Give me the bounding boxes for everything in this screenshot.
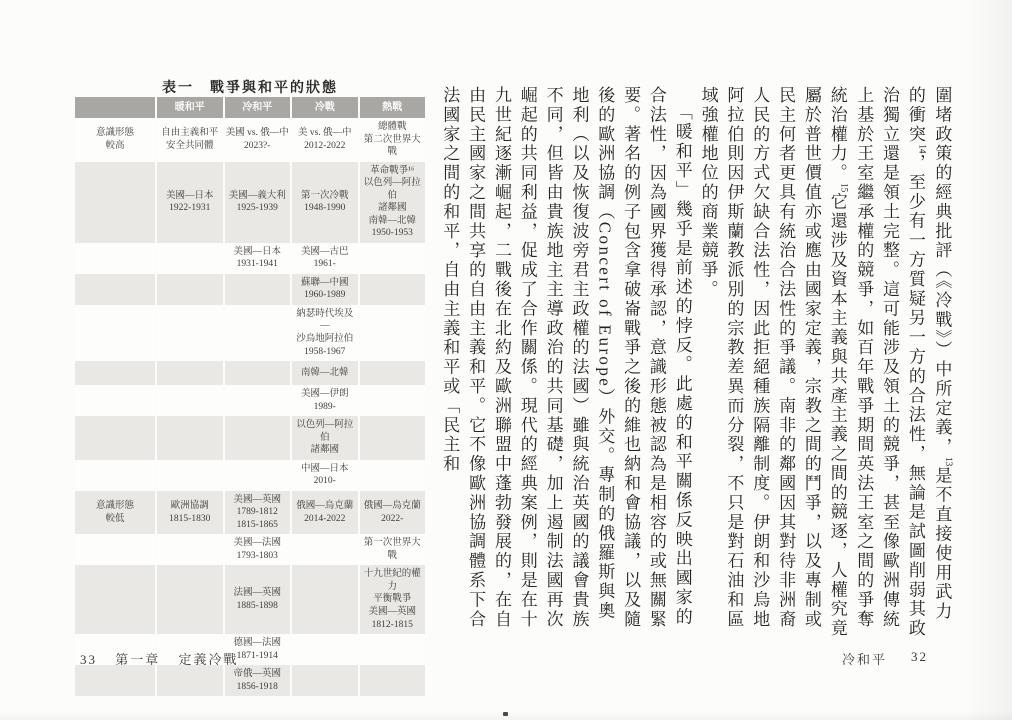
table-cell [155,243,223,274]
table-row: 中國—日本2010- [75,460,425,491]
table-cell: 第一次冷戰1948-1990 [290,162,358,243]
left-page-number: 33 [80,652,97,667]
chapter-label: 第一章 [115,652,160,667]
running-title: 冷和平 [842,649,887,668]
paragraph-containment: 圍堵政策的經典批評（《冷戰》）中所定義，13是不直接使用武力的衝突14，至少有一… [695,86,955,639]
table-cell [358,634,426,665]
endnote-ref-14: 14 [917,144,927,153]
war-peace-table: 暖和平冷和平冷戰熱戰意識形態較高自由主義和平安全共同體美國 vs. 俄—中202… [75,97,425,696]
table-cell: 歐洲協調1815-1830 [155,491,223,535]
table-cell [358,361,426,385]
row-label [75,416,155,460]
table-row: 南韓—北韓 [75,361,425,385]
table-cell: 俄國—烏克蘭2022- [358,491,426,535]
table-cell [223,416,291,460]
right-footer: 冷和平 32 [842,649,928,668]
table-cell [358,243,426,274]
table-title: 表一 戰爭與和平的狀態 [75,77,425,97]
table-row: 以色列—阿拉伯諸鄰國 [75,416,425,460]
table-row: 法國—英國1885-1898十九世紀的權力平衡戰爭美國—英國1812-1815 [75,565,425,634]
page-gutter-mark [503,712,508,716]
table-row: 美國—法國1793-1803第一次世界大戰 [75,534,425,565]
row-label [75,274,155,305]
row-label [75,385,155,416]
table-cell [358,274,426,305]
table-cell: 自由主義和平安全共同體 [155,118,223,162]
table-cell: 美國—法國1793-1803 [223,534,291,565]
table-cell [223,460,291,491]
table-cell [155,534,223,565]
table-cell: 革命戰爭¹⁶以色列—阿拉伯諸鄰國南韓—北韓1950-1953 [358,162,426,243]
table-row: 蘇聯—中國1960-1989 [75,274,425,305]
table-cell [290,534,358,565]
table-cell: 第一次世界大戰 [358,534,426,565]
table-cell [223,274,291,305]
row-label [75,665,155,696]
table-cell [155,305,223,361]
table-cell [155,274,223,305]
row-label [75,565,155,634]
table-cell: 總體戰第二次世界大戰 [358,118,426,162]
table-row: 美國—伊朗1989- [75,385,425,416]
table-cell [358,305,426,361]
book-spread: 表一 戰爭與和平的狀態 暖和平冷和平冷戰熱戰意識形態較高自由主義和平安全共同體美… [0,0,1012,720]
table-cell: 俄國—烏克蘭2014-2022 [290,491,358,535]
row-label [75,305,155,361]
column-header: 冷戰 [290,97,358,118]
table-row: 美國—日本1922-1931美國—義大利1925-1939第一次冷戰1948-1… [75,162,425,243]
table-cell: 中國—日本2010- [290,460,358,491]
table-cell [290,565,358,634]
table-cell: 蘇聯—中國1960-1989 [290,274,358,305]
text-run: 它還涉及資本主義與共產主義之間的競逐，人權究竟屬於普世價值亦或應由國家定義，宗教… [699,86,847,639]
table-cell: 南韓—北韓 [290,361,358,385]
table-cell [155,416,223,460]
endnote-ref-13: 13 [943,457,953,466]
table-cell [358,416,426,460]
table-cell: 美國—英國1789-18121815-1865 [223,491,291,535]
table-cell [358,665,426,696]
table-cell: 以色列—阿拉伯諸鄰國 [290,416,358,460]
table-cell: 美國 vs. 俄—中2023?- [223,118,291,162]
table-row: 意識形態較低歐洲協調1815-1830美國—英國1789-18121815-18… [75,491,425,535]
table-row: 納瑟時代埃及—沙烏地阿拉伯1958-1967 [75,305,425,361]
row-label: 意識形態較高 [75,118,155,162]
table-cell [290,634,358,665]
table-row: 帝俄—英國1856-1918 [75,665,425,696]
table-cell [223,305,291,361]
paragraph-warm-peace: 「暖和平」幾乎是前述的悖反。此處的和平關係反映出國家的合法性，因為國界獲得承認，… [436,86,694,639]
table-cell: 美國—日本1931-1941 [223,243,291,274]
table-cell: 美國—伊朗1989- [290,385,358,416]
row-label [75,162,155,243]
table-cell: 美國—日本1922-1931 [155,162,223,243]
table-cell: 帝俄—英國1856-1918 [223,665,291,696]
vertical-text-block: 圍堵政策的經典批評（《冷戰》）中所定義，13是不直接使用武力的衝突14，至少有一… [583,86,955,639]
text-run: 圍堵政策的經典批評（《冷戰》）中所定義， [932,86,951,457]
page-edge-shading-right [964,0,1012,720]
table-cell: 美 vs. 俄—中2012-2022 [290,118,358,162]
column-header: 暖和平 [155,97,223,118]
table-cell [358,385,426,416]
table-cell [155,361,223,385]
table-cell [223,385,291,416]
table-cell [358,460,426,491]
row-label [75,460,155,491]
left-footer: 33 第一章 定義冷戰 [80,649,252,668]
column-header: 熱戰 [358,97,426,118]
endnote-ref-15: 15 [838,183,848,192]
table-cell [155,565,223,634]
chapter-title: 定義冷戰 [179,652,239,667]
corner-cell [75,97,155,118]
row-label [75,361,155,385]
column-header: 冷和平 [223,97,291,118]
table-row: 意識形態較高自由主義和平安全共同體美國 vs. 俄—中2023?-美 vs. 俄… [75,118,425,162]
table-cell: 納瑟時代埃及—沙烏地阿拉伯1958-1967 [290,305,358,361]
text-run: 「暖和平」幾乎是前述的悖反。此處的和平關係反映出國家的合法性，因為國界獲得承認，… [440,86,691,629]
table-cell [155,460,223,491]
table-cell: 法國—英國1885-1898 [223,565,291,634]
table-cell: 十九世紀的權力平衡戰爭美國—英國1812-1815 [358,565,426,634]
row-label [75,534,155,565]
row-label [75,243,155,274]
table-header-row: 暖和平冷和平冷戰熱戰 [75,97,425,118]
table-cell [155,385,223,416]
table-cell [155,665,223,696]
table-cell [290,665,358,696]
row-label: 意識形態較低 [75,491,155,535]
table-cell: 美國—義大利1925-1939 [223,162,291,243]
table-cell: 美國—古巴1961- [290,243,358,274]
table-cell [223,361,291,385]
right-page-number: 32 [911,649,928,668]
table-row: 美國—日本1931-1941美國—古巴1961- [75,243,425,274]
